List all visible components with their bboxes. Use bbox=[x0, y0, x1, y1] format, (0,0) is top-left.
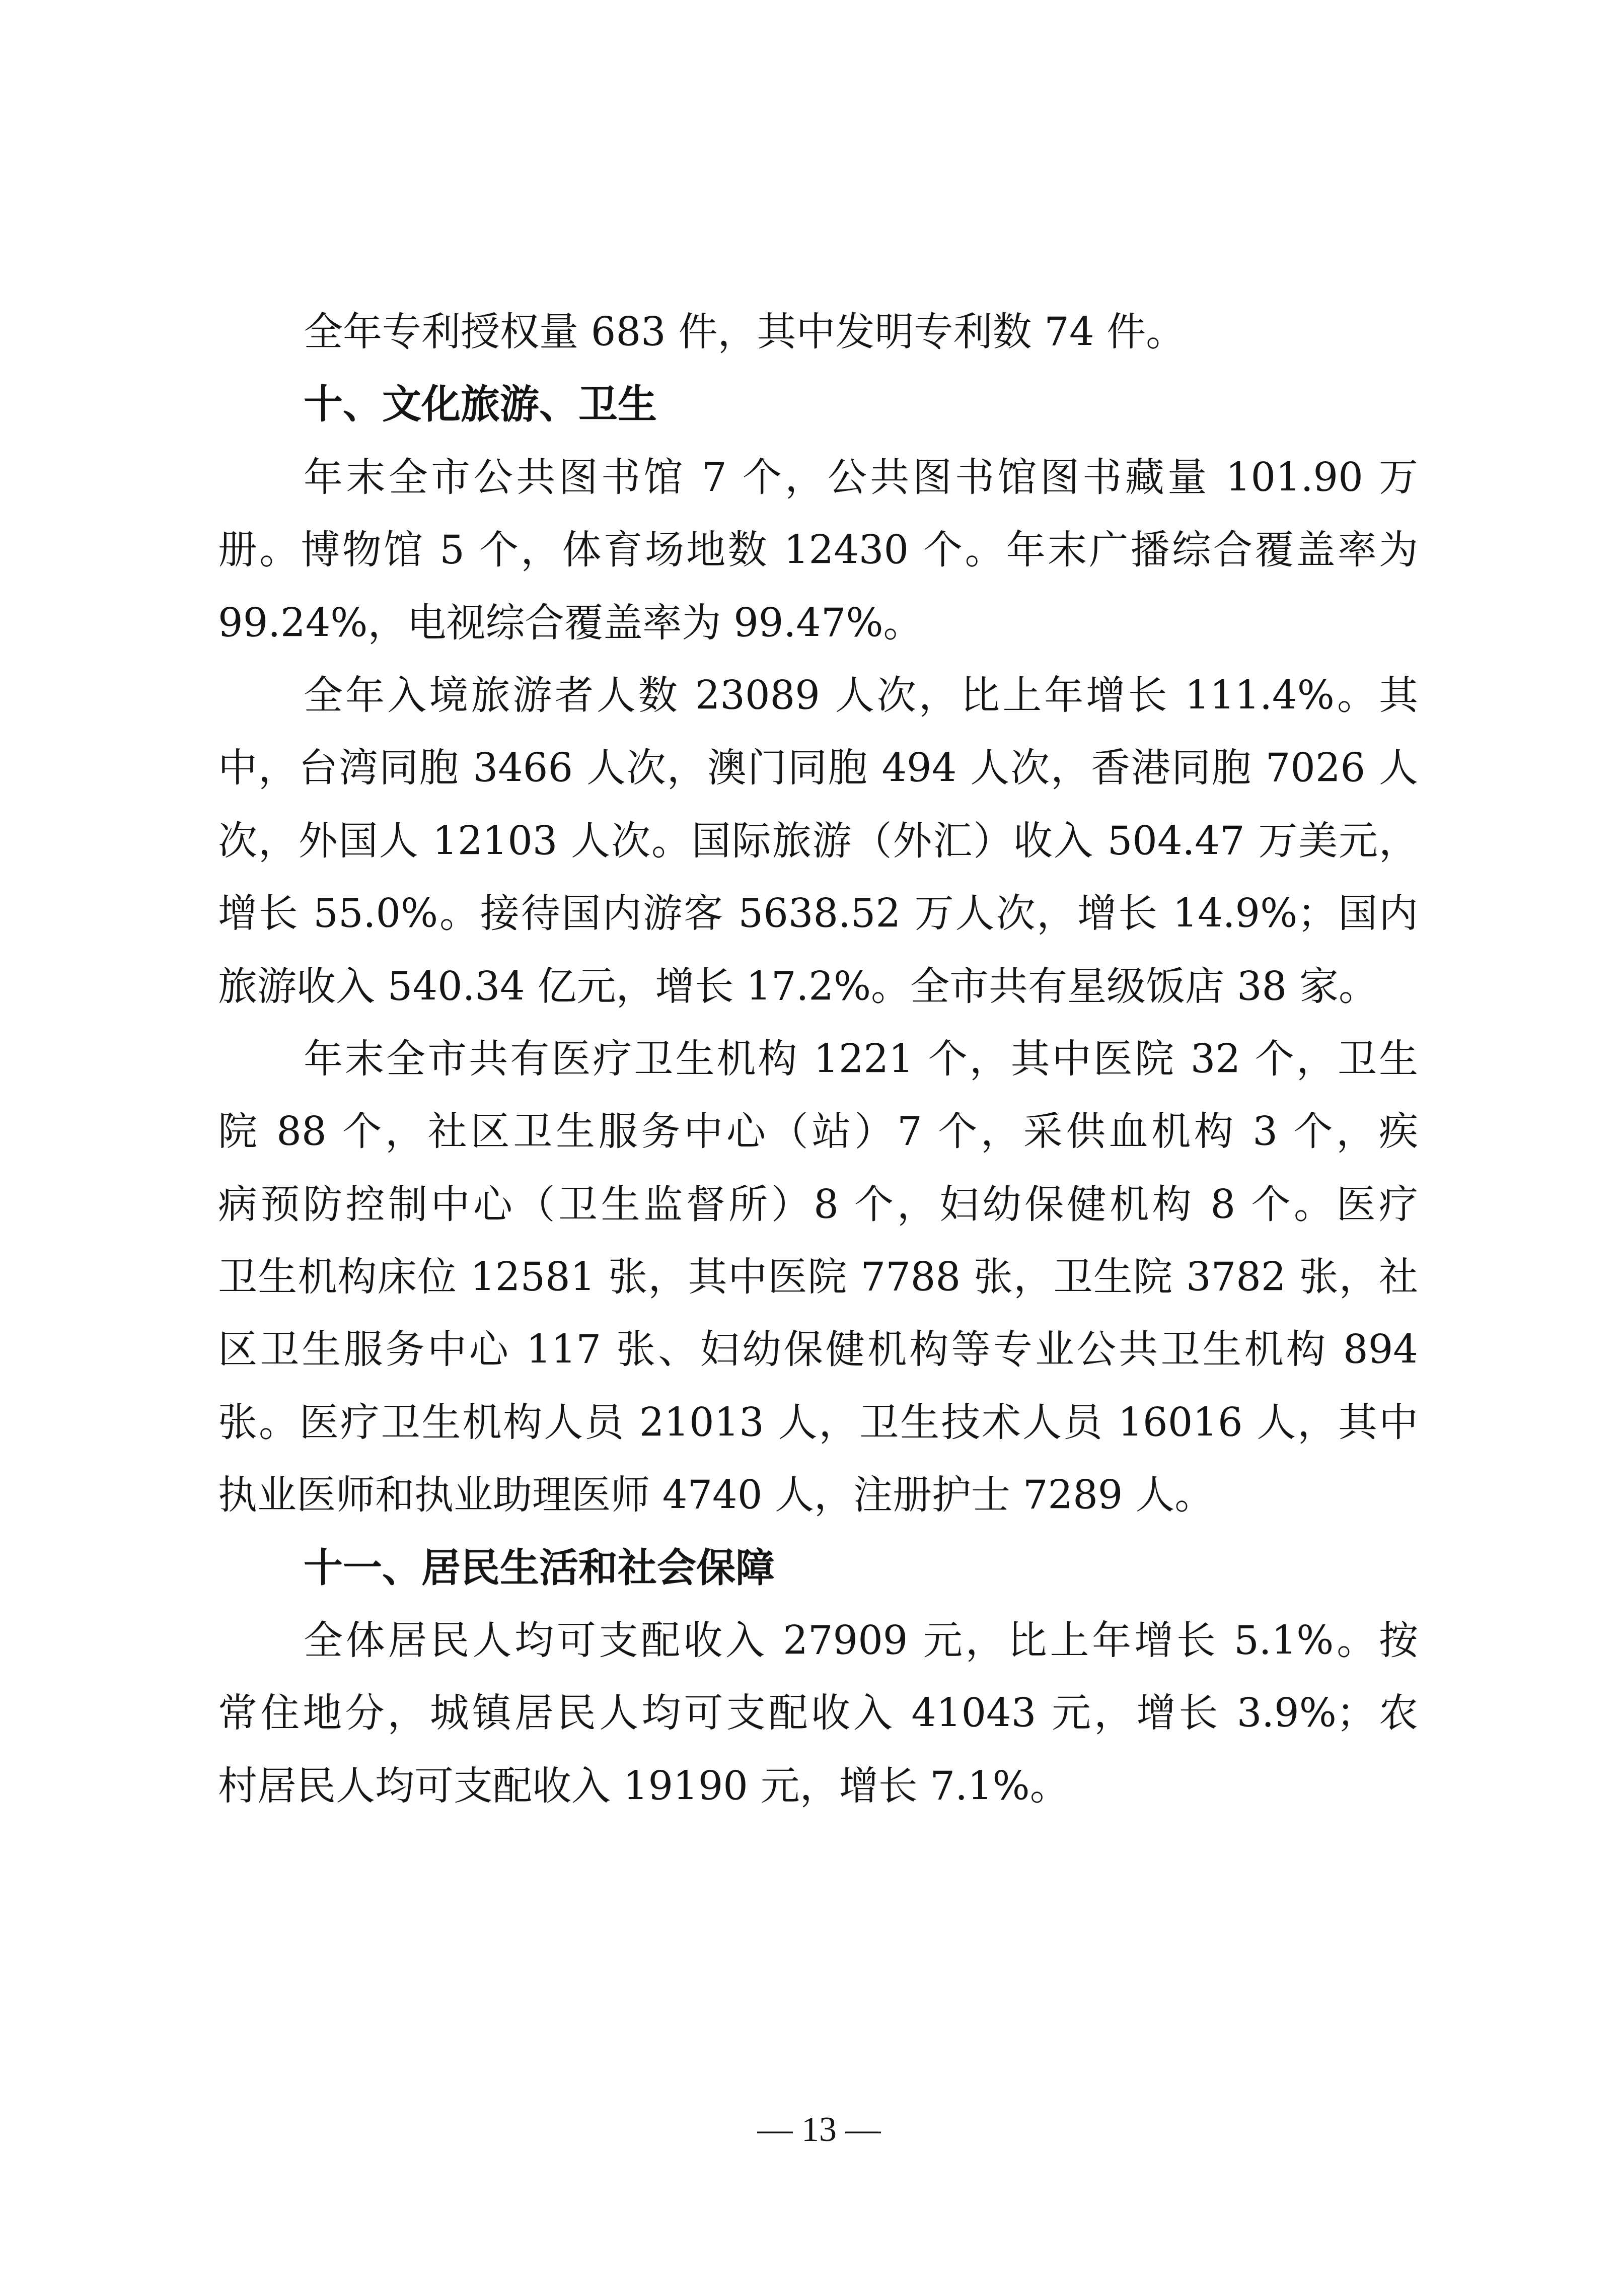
paragraph-line: 全年专利授权量 683 件，其中发明专利数 74 件。 bbox=[218, 296, 1418, 369]
paragraph-line: 旅游收入 540.34 亿元，增长 17.2%。全市共有星级饭店 38 家。 bbox=[218, 951, 1418, 1023]
paragraph-line: 册。博物馆 5 个，体育场地数 12430 个。年末广播综合覆盖率为 bbox=[218, 514, 1418, 587]
paragraph-line: 全年入境旅游者人数 23089 人次，比上年增长 111.4%。其 bbox=[218, 660, 1418, 732]
paragraph-line: 常住地分，城镇居民人均可支配收入 41043 元，增长 3.9%；农 bbox=[218, 1677, 1418, 1750]
paragraph-line: 院 88 个，社区卫生服务中心（站）7 个，采供血机构 3 个，疾 bbox=[218, 1096, 1418, 1168]
paragraph-line: 张。医疗卫生机构人员 21013 人，卫生技术人员 16016 人，其中 bbox=[218, 1387, 1418, 1459]
paragraph-line: 病预防控制中心（卫生监督所）8 个，妇幼保健机构 8 个。医疗 bbox=[218, 1169, 1418, 1241]
section-heading-culture-tourism-health: 十、文化旅游、卫生 bbox=[218, 369, 1418, 441]
paragraph-line: 执业医师和执业助理医师 4740 人，注册护士 7289 人。 bbox=[218, 1459, 1418, 1532]
paragraph-line: 99.24%，电视综合覆盖率为 99.47%。 bbox=[218, 587, 1418, 660]
paragraph-line: 区卫生服务中心 117 张、妇幼保健机构等专业公共卫生机构 894 bbox=[218, 1314, 1418, 1386]
paragraph-line: 村居民人均可支配收入 19190 元，增长 7.1%。 bbox=[218, 1750, 1418, 1823]
paragraph-line: 增长 55.0%。接待国内游客 5638.52 万人次，增长 14.9%；国内 bbox=[218, 878, 1418, 950]
document-body: 全年专利授权量 683 件，其中发明专利数 74 件。 十、文化旅游、卫生 年末… bbox=[218, 296, 1418, 1823]
paragraph-line: 年末全市公共图书馆 7 个，公共图书馆图书藏量 101.90 万 bbox=[218, 442, 1418, 514]
paragraph-line: 次，外国人 12103 人次。国际旅游（外汇）收入 504.47 万美元， bbox=[218, 805, 1418, 878]
document-page: 全年专利授权量 683 件，其中发明专利数 74 件。 十、文化旅游、卫生 年末… bbox=[0, 0, 1622, 2296]
paragraph-line: 卫生机构床位 12581 张，其中医院 7788 张，卫生院 3782 张，社 bbox=[218, 1241, 1418, 1314]
page-number: — 13 — bbox=[8, 2105, 1622, 2155]
paragraph-line: 全体居民人均可支配收入 27909 元，比上年增长 5.1%。按 bbox=[218, 1605, 1418, 1677]
section-heading-living-social-security: 十一、居民生活和社会保障 bbox=[218, 1532, 1418, 1605]
paragraph-line: 年末全市共有医疗卫生机构 1221 个，其中医院 32 个，卫生 bbox=[218, 1023, 1418, 1096]
paragraph-line: 中，台湾同胞 3466 人次，澳门同胞 494 人次，香港同胞 7026 人 bbox=[218, 732, 1418, 805]
